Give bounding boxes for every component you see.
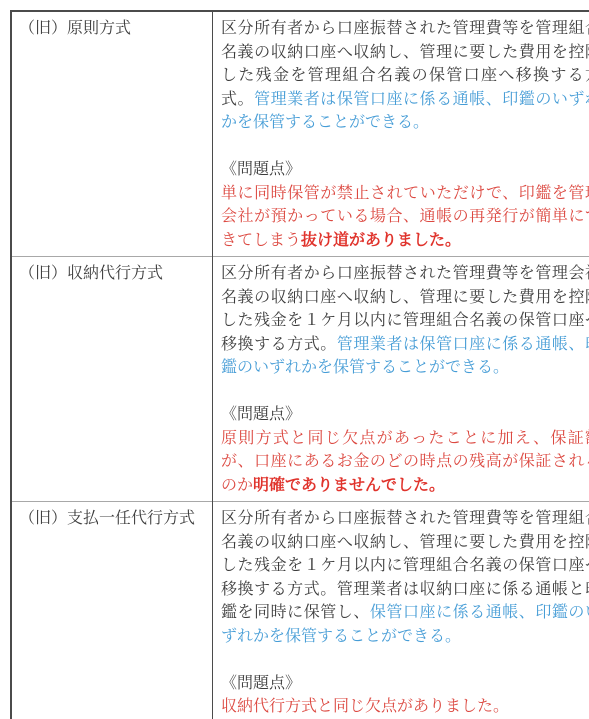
method-description-cell: 区分所有者から口座振替された管理費等を管理組合名義の収納口座へ収納し、管理に要し… [213, 11, 589, 257]
table-row-principle-method: （旧）原則方式 区分所有者から口座振替された管理費等を管理組合名義の収納口座へ収… [11, 11, 589, 257]
method-name-label: （旧）原則方式 [19, 20, 131, 37]
problem-description: 単に同時保管が禁止されていただけで、印鑑を管理会社が預かっている場合、通帳の再発… [221, 182, 589, 253]
description-highlight-blue: 管理業者は保管口座に係る通帳、印鑑のいずれかを保管することができる。 [221, 91, 589, 132]
blank-line [221, 135, 589, 159]
problem-description: 収納代行方式と同じ欠点がありました。 [221, 695, 589, 719]
method-name-cell: （旧）収納代行方式 [11, 257, 213, 502]
method-description-cell: 区分所有者から口座振替された管理費等を管理会社名義の収納口座へ収納し、管理に要し… [213, 257, 589, 502]
problem-description: 原則方式と同じ欠点があったことに加え、保証額が、口座にあるお金のどの時点の残高が… [221, 427, 589, 498]
problem-heading: 《問題点》 [221, 158, 589, 182]
method-comparison-table: （旧）原則方式 区分所有者から口座振替された管理費等を管理組合名義の収納口座へ収… [10, 10, 589, 719]
method-description: 区分所有者から口座振替された管理費等を管理組合名義の収納口座へ収納し、管理に要し… [221, 507, 589, 648]
blank-line [221, 648, 589, 672]
method-name-label: （旧）収納代行方式 [19, 265, 163, 282]
problem-heading: 《問題点》 [221, 672, 589, 696]
method-name-cell: （旧）原則方式 [11, 11, 213, 257]
problem-text-red: 収納代行方式と同じ欠点がありました。 [221, 698, 509, 715]
method-description: 区分所有者から口座振替された管理費等を管理会社名義の収納口座へ収納し、管理に要し… [221, 262, 589, 380]
blank-line [221, 380, 589, 404]
document-table-container: （旧）原則方式 区分所有者から口座振替された管理費等を管理組合名義の収納口座へ収… [10, 10, 589, 719]
problem-text-red-bold: 明確でありませんでした。 [253, 477, 445, 494]
method-name-cell: （旧）支払一任代行方式 [11, 502, 213, 719]
problem-heading: 《問題点》 [221, 403, 589, 427]
method-name-label: （旧）支払一任代行方式 [19, 510, 195, 527]
table-row-payment-delegation-method: （旧）支払一任代行方式 区分所有者から口座振替された管理費等を管理組合名義の収納… [11, 502, 589, 719]
method-description: 区分所有者から口座振替された管理費等を管理組合名義の収納口座へ収納し、管理に要し… [221, 17, 589, 135]
problem-text-red-bold: 抜け道がありました。 [301, 232, 461, 249]
method-description-cell: 区分所有者から口座振替された管理費等を管理組合名義の収納口座へ収納し、管理に要し… [213, 502, 589, 719]
table-row-collection-agency-method: （旧）収納代行方式 区分所有者から口座振替された管理費等を管理会社名義の収納口座… [11, 257, 589, 502]
